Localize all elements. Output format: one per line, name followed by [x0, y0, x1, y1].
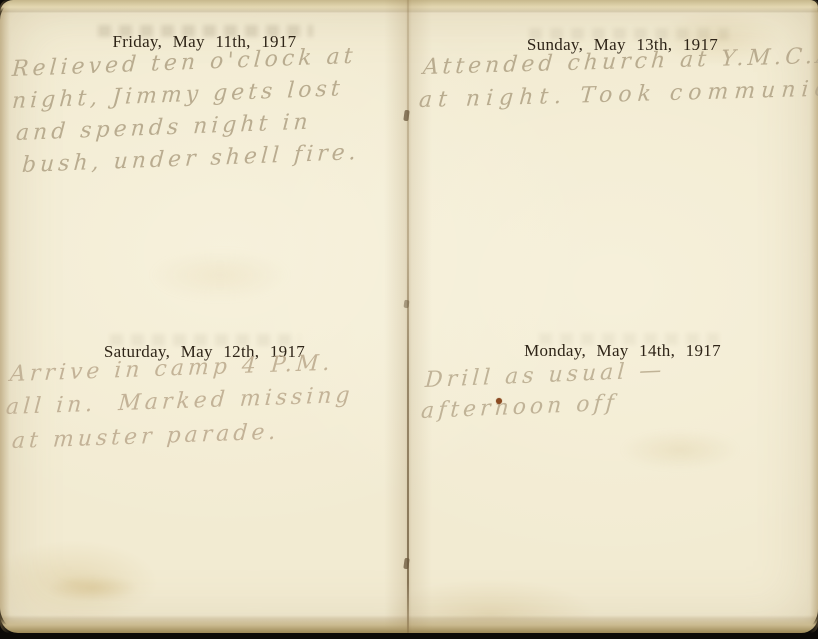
diary-spread: Friday, May 11th, 1917 Relieved ten o'cl… [0, 0, 818, 633]
paper-stain [48, 575, 138, 601]
paper-stain [620, 430, 740, 470]
handwritten-line: bush, under shell fire. [21, 140, 360, 178]
handwritten-line: all in. Marked missing [5, 383, 354, 420]
handwritten-line: at muster parade. [11, 420, 280, 454]
ink-spot [496, 398, 502, 404]
paper-stain [150, 250, 290, 300]
diary-entry-monday-may-14: Monday, May 14th, 1917 Drill as usual — … [409, 318, 818, 633]
handwritten-line: afternoon off [420, 391, 618, 424]
entry-date-header: Monday, May 14th, 1917 [418, 341, 818, 361]
diary-scan-photo: Friday, May 11th, 1917 Relieved ten o'cl… [0, 0, 818, 639]
handwritten-line: at night. Took communion [418, 76, 818, 113]
handwritten-line: night, Jimmy gets lost [11, 76, 344, 114]
diary-entry-sunday-may-13: Sunday, May 13th, 1917 Attended church a… [409, 0, 818, 318]
handwritten-line: Drill as usual — [424, 358, 666, 393]
handwritten-line: and spends night in [15, 110, 312, 146]
